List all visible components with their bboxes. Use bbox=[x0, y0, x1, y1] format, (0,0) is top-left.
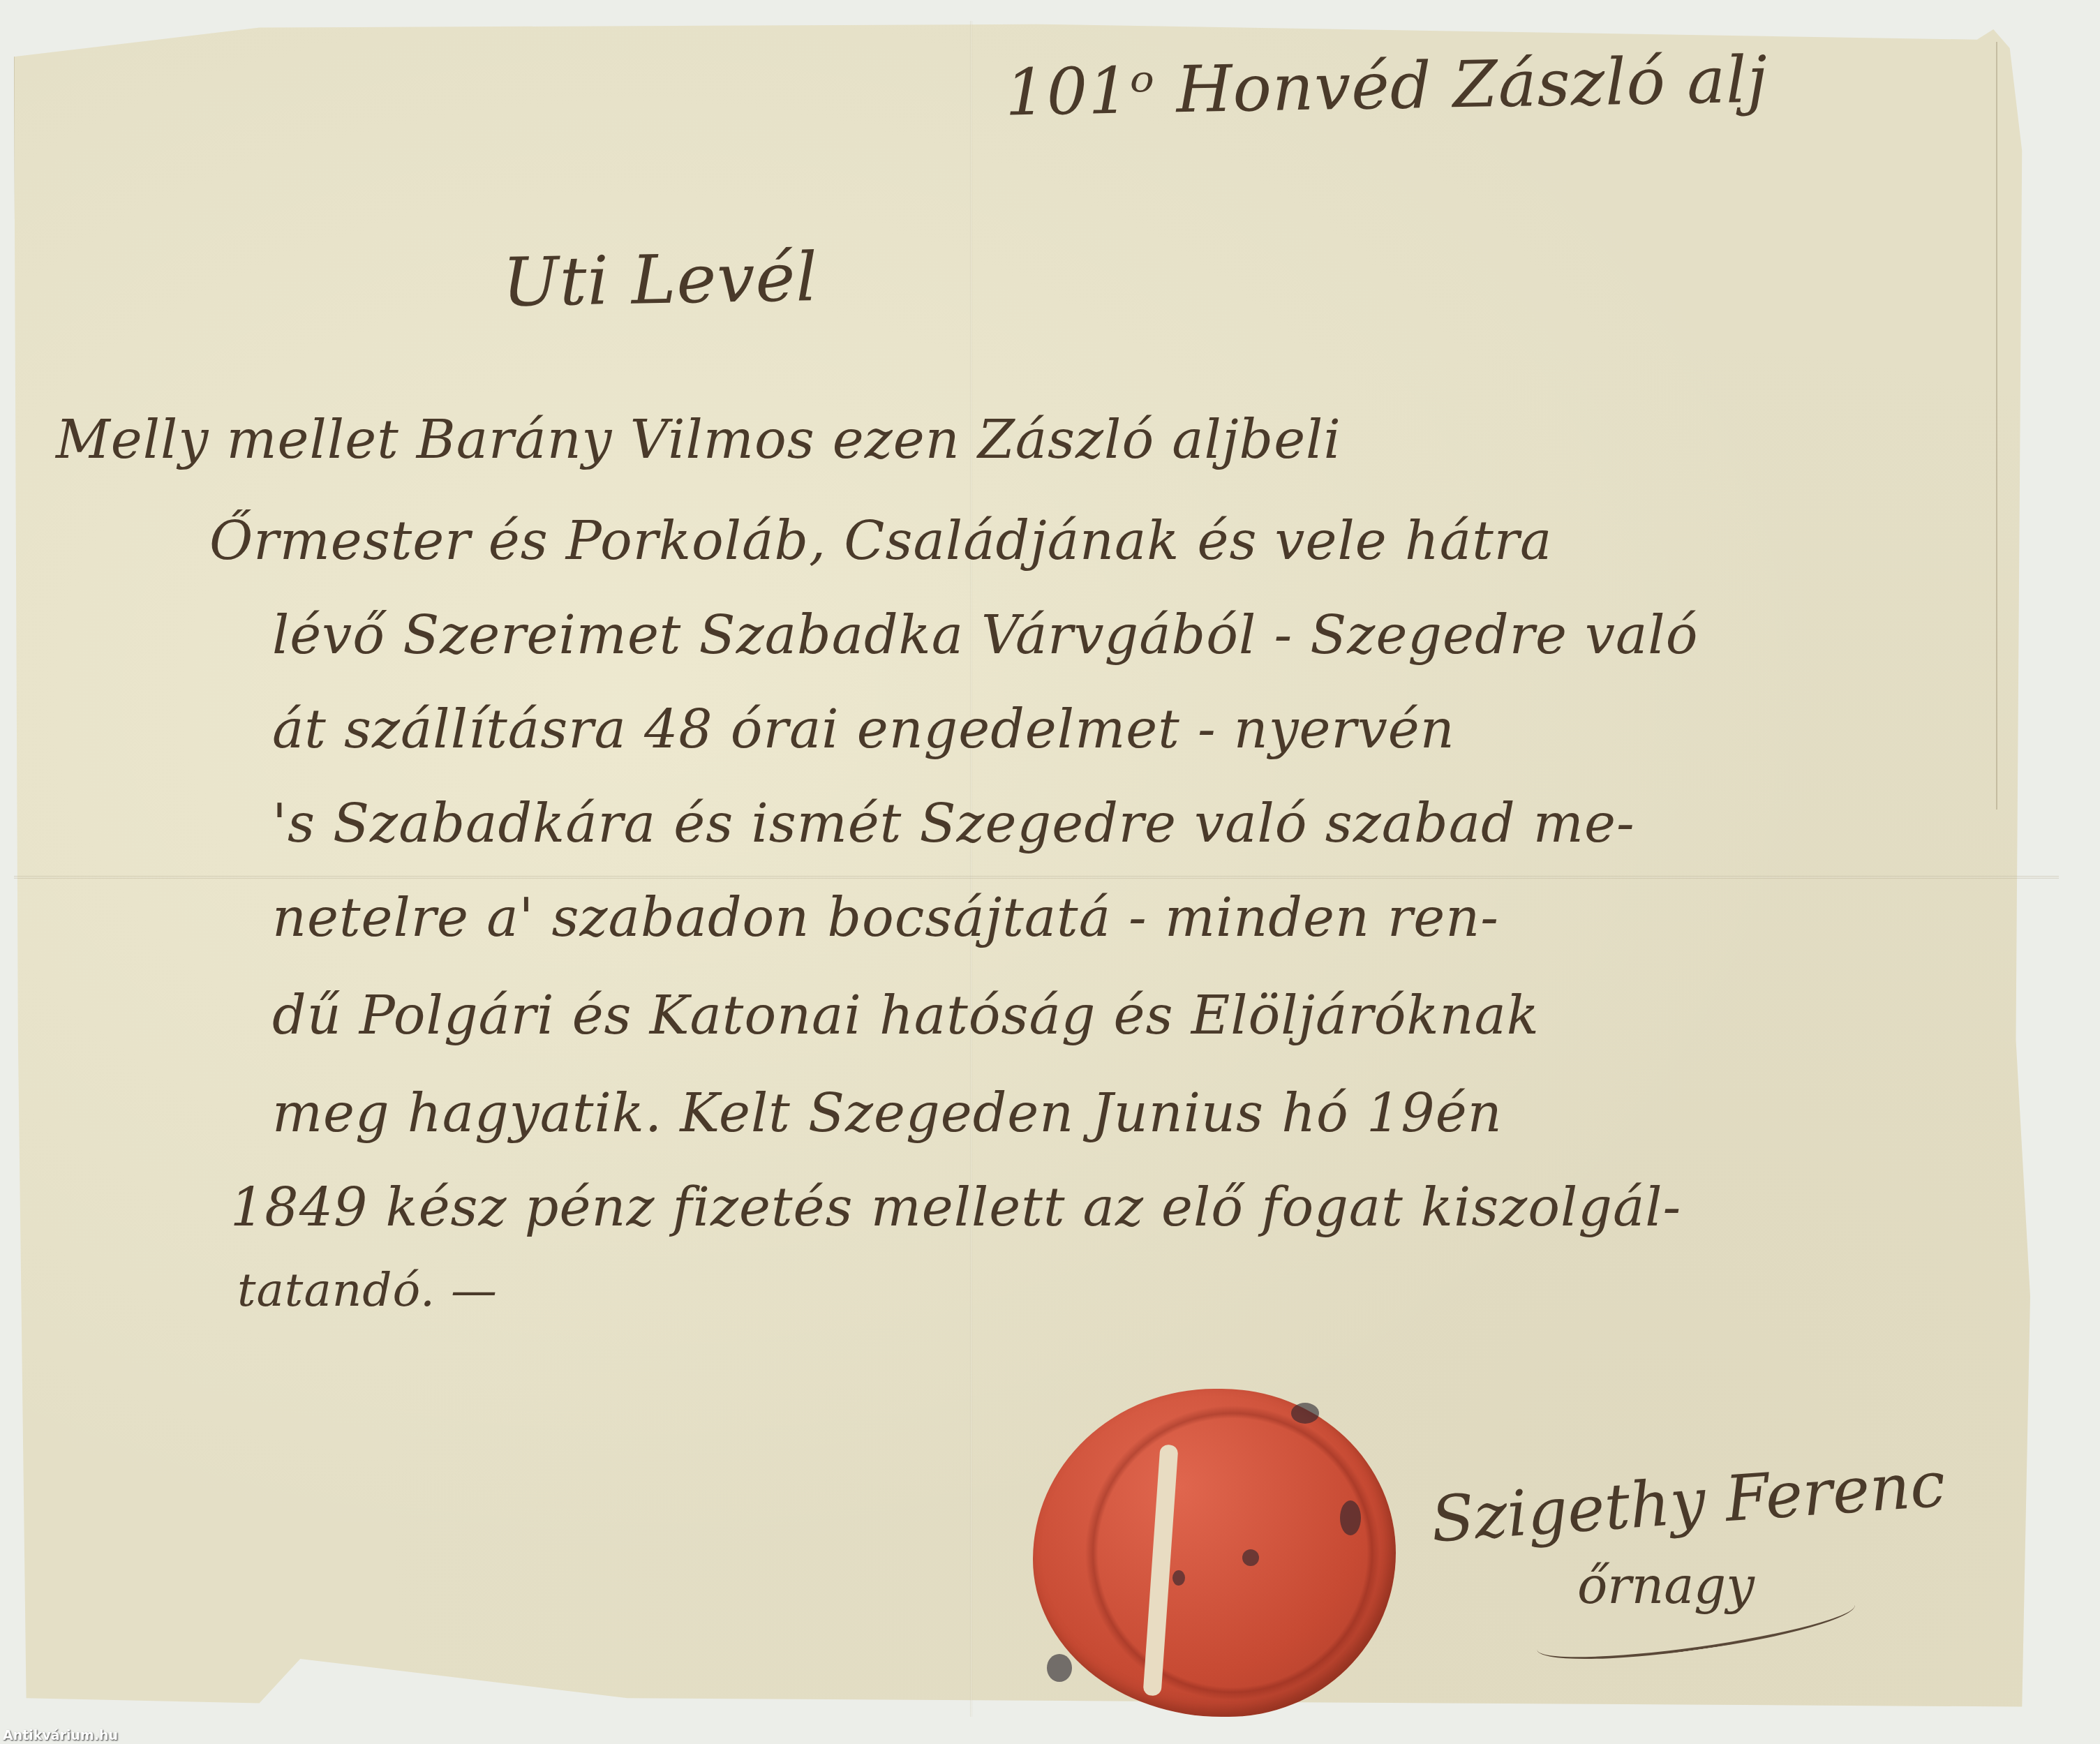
body-line-2: Őrmester és Porkoláb, Családjának és vel… bbox=[209, 509, 1552, 572]
seal-stain bbox=[1291, 1403, 1319, 1424]
body-line-4: át szállításra 48 órai engedelmet - nyer… bbox=[272, 698, 1455, 760]
seal-stain bbox=[1340, 1500, 1361, 1535]
body-line-9: 1849 kész pénz fizetés mellett az elő fo… bbox=[230, 1176, 1681, 1238]
body-line-5: 's Szabadkára és ismét Szegedre való sza… bbox=[272, 792, 1635, 854]
seal-stain bbox=[1172, 1570, 1185, 1586]
vertical-fold-line bbox=[970, 21, 972, 1717]
horizontal-fold-line bbox=[14, 876, 2059, 879]
folded-edge bbox=[1996, 42, 2003, 810]
battalion-header: 101ᵒ Honvéd Zászló alj bbox=[1004, 42, 1768, 130]
body-line-3: lévő Szereimet Szabadka Várvgából - Szeg… bbox=[272, 604, 1698, 666]
watermark: Antikvárium.hu bbox=[3, 1728, 118, 1743]
body-line-6: netelre a' szabadon bocsájtatá - minden … bbox=[272, 886, 1499, 948]
body-line-1: Melly mellet Barány Vilmos ezen Zászló a… bbox=[56, 408, 1341, 470]
seal-stain bbox=[1047, 1654, 1072, 1682]
wax-seal-icon bbox=[1033, 1389, 1396, 1717]
body-line-7: dű Polgári és Katonai hatóság és Elöljár… bbox=[272, 984, 1540, 1046]
body-line-8: meg hagyatik. Kelt Szegeden Junius hó 19… bbox=[272, 1082, 1503, 1144]
document-title: Uti Levél bbox=[502, 238, 819, 322]
seal-crack bbox=[1142, 1445, 1178, 1697]
seal-stain bbox=[1242, 1549, 1259, 1566]
closing-line: tatandó. — bbox=[237, 1263, 498, 1317]
